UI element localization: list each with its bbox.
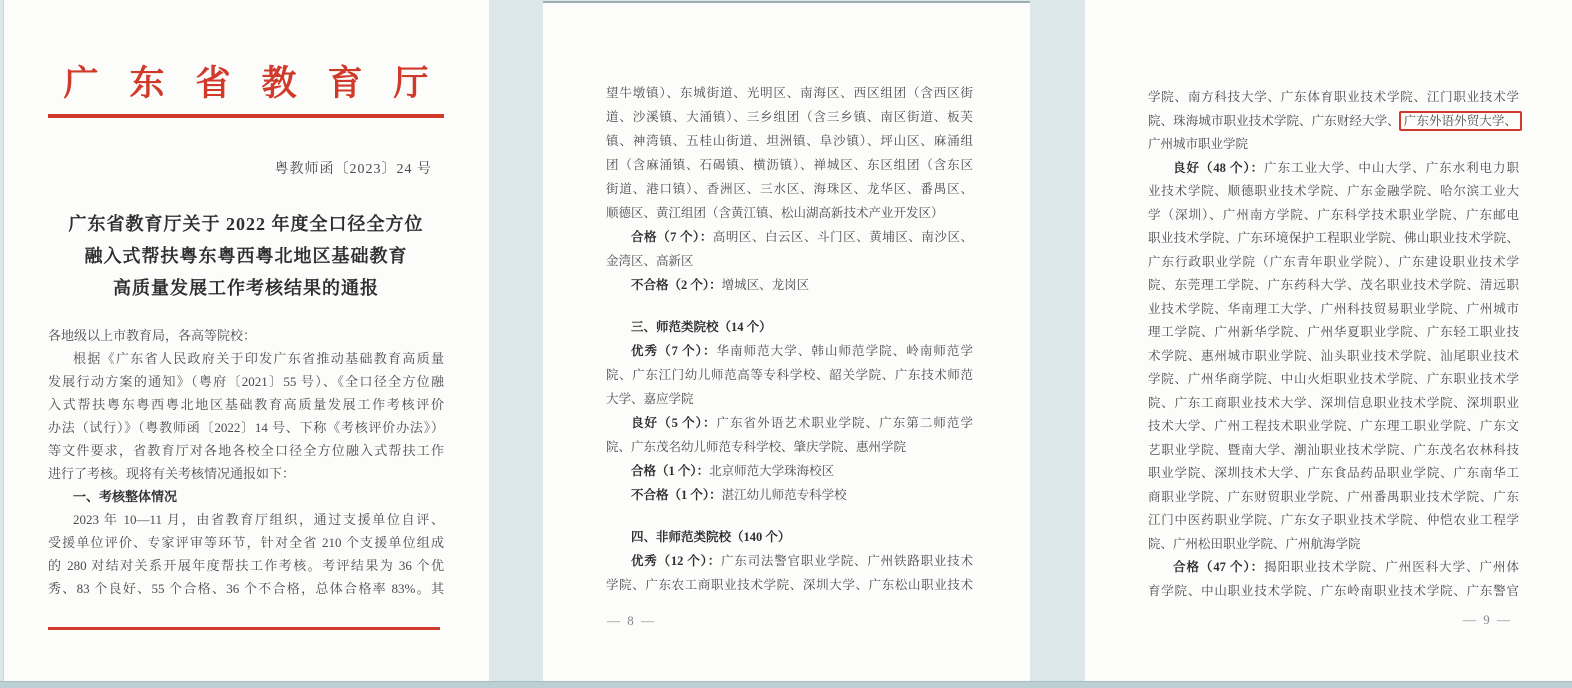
grade-label: 合格（7 个）： (631, 230, 713, 244)
grade-label: 不合格（1 个）： (631, 488, 722, 502)
text-line: 良好（5 个）：广东省外语艺术职业学院、广东第二师范学 (606, 411, 973, 435)
text-line: 学（深圳）、广州南方学院、广东科学技术职业学院、广东邮电 (1148, 204, 1519, 228)
text-line: 的 280 对结对关系开展年度帮扶工作考核。考评结果为 36 个优 (48, 554, 444, 577)
text-line: 望牛墩镇）、东城街道、光明区、南海区、西区组团（含西区街 (606, 81, 973, 105)
page2-body: 望牛墩镇）、东城街道、光明区、南海区、西区组团（含西区街道、沙溪镇、大涌镇）、三… (543, 3, 1030, 597)
text-segment: 术学院、惠州城市职业学院、汕头职业技术学院、汕尾职业技术 (1148, 349, 1519, 363)
text-segment: 根据《广东省人民政府关于印发广东省推动基础教育高质量 (73, 351, 444, 366)
page-2-scan: 望牛墩镇）、东城街道、光明区、南海区、西区组团（含西区街道、沙溪镇、大涌镇）、三… (543, 1, 1030, 683)
text-segment: 街道、港口镇）、香洲区、三水区、海珠区、龙华区、番禺区、 (606, 182, 973, 196)
document-title-line: 融入式帮扶粤东粤西粤北地区基础教育 (48, 240, 444, 272)
text-line: 不合格（1 个）：湛江幼儿师范专科学校 (606, 483, 973, 507)
text-segment: 职业学院、深圳技术大学、广东食品药品职业学院、广东南华工 (1148, 466, 1519, 480)
text-segment: 增城区、龙岗区 (722, 278, 810, 292)
text-line: 良好（48 个）：广东工业大学、中山大学、广东水利电力职 (1148, 157, 1519, 181)
grade-label: 合格（1 个）： (631, 464, 709, 478)
text-line: 不合格（2 个）：增城区、龙岗区 (606, 273, 973, 297)
text-line: 江门中医药职业学院、广东女子职业技术学院、仲恺农业工程学 (1148, 509, 1519, 533)
text-segment: 育学院、中山职业技术学院、广东岭南职业技术学院、广东警官 (1148, 584, 1519, 598)
text-segment: 学（深圳）、广州南方学院、广东科学技术职业学院、广东邮电 (1148, 208, 1519, 222)
text-segment: 望牛墩镇）、东城街道、光明区、南海区、西区组团（含西区街 (606, 86, 973, 100)
text-line: 金湾区、高新区 (606, 249, 973, 273)
section-heading: 一、考核整体情况 (48, 485, 444, 508)
text-segment: 江门中医药职业学院、广东女子职业技术学院、仲恺农业工程学 (1148, 513, 1519, 527)
section-heading: 三、师范类院校（14 个） (606, 315, 973, 339)
text-segment: 各地级以上市教育局，各高等院校： (48, 328, 256, 343)
document-title-line: 高质量发展工作考核结果的通报 (48, 272, 444, 304)
grade-label: 优秀（12 个）： (631, 554, 721, 568)
text-line: 职业学院、深圳技术大学、广东食品药品职业学院、广东南华工 (1148, 462, 1519, 486)
text-line: 优秀（7 个）：华南师范大学、韩山师范学院、岭南师范学 (606, 339, 973, 363)
text-segment: 团（含麻涌镇、石碣镇、横沥镇）、禅城区、东区组团（含东区 (606, 158, 973, 172)
text-segment: 院、东莞理工学院、广东药科大学、茂名职业技术学院、清远职 (1148, 278, 1519, 292)
text-line: 艺职业学院、暨南大学、潮汕职业技术学院、广东茂名农林科技 (1148, 439, 1519, 463)
text-segment: 四、非师范类院校（140 个） (631, 530, 790, 544)
document-scan-viewer: { "colors": { "accent_red": "#d03a2b", "… (0, 0, 1572, 688)
text-segment: 广东省外语艺术职业学院、广东第二师范学 (717, 416, 973, 430)
text-segment: 入式帮扶粤东粤西粤北地区基础教育高质量发展工作考核评价 (48, 397, 444, 412)
letterhead-rule (48, 114, 444, 118)
text-segment: 学院、广州华商学院、中山火炬职业技术学院、广东职业技术学 (1148, 372, 1519, 386)
text-segment: 理工学院、广州新华学院、广州华夏职业学院、广东轻工职业技 (1148, 325, 1519, 339)
text-segment: 院、广东江门幼儿师范高等专科学校、韶关学院、广东技术师范 (606, 368, 973, 382)
document-title: 广东省教育厅关于 2022 年度全口径全方位 融入式帮扶粤东粤西粤北地区基础教育… (48, 208, 444, 304)
agency-letterhead: 广东省教育厅 (48, 62, 475, 106)
text-segment: 顺德区、黄江组团（含黄江镇、松山湖高新技术产业开发区） (606, 206, 944, 220)
text-segment: 道、沙溪镇、大涌镇）、三乡组团（含三乡镇、南区街道、板芙 (606, 110, 973, 124)
text-segment: 业技术学院、华南理工大学、广州科技贸易职业学院、广州城市 (1148, 302, 1519, 316)
text-line: 学院、广东农工商职业技术学院、深圳大学、广东松山职业技术 (606, 573, 973, 597)
text-line: 受援单位评价、专家评审等环节，针对全省 210 个支援单位组成 (48, 531, 444, 554)
page-3-scan: 学院、南方科技大学、广东体育职业技术学院、江门职业技术学院、珠海城市职业技术学院… (1085, 0, 1572, 681)
text-segment: 等文件要求，省教育厅对各地各校全口径全方位融入式帮扶工作 (48, 443, 444, 458)
text-segment: 学院、广东农工商职业技术学院、深圳大学、广东松山职业技术 (606, 578, 973, 592)
text-segment: 2023 年 10—11 月，由省教育厅组织，通过支援单位自评、 (73, 512, 444, 527)
text-line: 发展行动方案的通知》（粤府〔2021〕55 号）、《全口径全方位融 (48, 370, 444, 393)
grade-label: 良好（48 个）： (1173, 161, 1264, 175)
text-line: 院、广东茂名幼儿师范专科学校、肇庆学院、惠州学院 (606, 435, 973, 459)
text-segment: 院、广东茂名幼儿师范专科学校、肇庆学院、惠州学院 (606, 440, 906, 454)
text-line: 团（含麻涌镇、石碣镇、横沥镇）、禅城区、东区组团（含东区 (606, 153, 973, 177)
page-1-scan: 广东省教育厅 粤教师函〔2023〕24 号 广东省教育厅关于 2022 年度全口… (3, 0, 489, 681)
text-line: 各地级以上市教育局，各高等院校： (48, 324, 444, 347)
footer-rule (48, 627, 440, 630)
text-line: 商职业学院、广东财贸职业学院、广州番禺职业技术学院、广东 (1148, 486, 1519, 510)
text-line: 理工学院、广州新华学院、广州华夏职业学院、广东轻工职业技 (1148, 321, 1519, 345)
grade-label: 合格（47 个）： (1173, 560, 1264, 574)
text-line: 学院、南方科技大学、广东体育职业技术学院、江门职业技术学 (1148, 86, 1519, 110)
text-segment: 发展行动方案的通知》（粤府〔2021〕55 号）、《全口径全方位融 (48, 374, 444, 389)
text-segment: 艺职业学院、暨南大学、潮汕职业技术学院、广东茂名农林科技 (1148, 443, 1519, 457)
text-line: 进行了考核。现将有关考核情况通报如下： (48, 462, 444, 485)
text-line: 合格（7 个）：高明区、白云区、斗门区、黄埔区、南沙区、 (606, 225, 973, 249)
text-line: 等文件要求，省教育厅对各地各校全口径全方位融入式帮扶工作 (48, 439, 444, 462)
text-segment: 秀、83 个良好、55 个合格、36 个不合格，总体合格率 83%。其 (48, 581, 444, 596)
text-line: 术学院、惠州城市职业学院、汕头职业技术学院、汕尾职业技术 (1148, 345, 1519, 369)
page-number-8: — 8 — (607, 613, 656, 629)
text-segment: 学院、南方科技大学、广东体育职业技术学院、江门职业技术学 (1148, 90, 1519, 104)
text-segment: 华南师范大学、韩山师范学院、岭南师范学 (717, 344, 973, 358)
text-segment: 院、珠海城市职业技术学院、广东财经大学、 (1148, 114, 1400, 128)
text-segment: 技术大学、广州工程技术职业学院、广东理工职业学院、广东文 (1148, 419, 1519, 433)
text-segment: 广东行政职业学院（广东青年职业学院）、广东建设职业技术学 (1148, 255, 1519, 269)
text-segment: 三、师范类院校（14 个） (631, 320, 772, 334)
red-highlight-box: 广东外语外贸大学、 (1399, 111, 1522, 131)
text-segment: 揭阳职业技术学院、广州医科大学、广州体 (1264, 560, 1519, 574)
text-segment: 院、广州松田职业学院、广州航海学院 (1148, 537, 1361, 551)
text-line: 镇、神湾镇、五桂山街道、坦洲镇、阜沙镇）、坪山区、麻涌组 (606, 129, 973, 153)
text-line: 学院、广州华商学院、中山火炬职业技术学院、广东职业技术学 (1148, 368, 1519, 392)
text-line: 院、珠海城市职业技术学院、广东财经大学、广东外语外贸大学、 (1148, 110, 1519, 134)
text-line: 技术大学、广州工程技术职业学院、广东理工职业学院、广东文 (1148, 415, 1519, 439)
text-line: 入式帮扶粤东粤西粤北地区基础教育高质量发展工作考核评价 (48, 393, 444, 416)
text-segment: 一、考核整体情况 (73, 489, 177, 504)
text-segment: 广东司法警官职业学院、广州铁路职业技术 (721, 554, 973, 568)
doc-number: 粤教师函〔2023〕24 号 (48, 158, 444, 178)
text-line: 优秀（12 个）：广东司法警官职业学院、广州铁路职业技术 (606, 549, 973, 573)
text-segment: 金湾区、高新区 (606, 254, 694, 268)
document-title-line: 广东省教育厅关于 2022 年度全口径全方位 (48, 208, 444, 240)
text-segment: 广东工业大学、中山大学、广东水利电力职 (1264, 161, 1519, 175)
text-line: 业技术学院、顺德职业技术学院、广东金融学院、哈尔滨工业大 (1148, 180, 1519, 204)
text-line: 2023 年 10—11 月，由省教育厅组织，通过支援单位自评、 (48, 508, 444, 531)
text-line: 街道、港口镇）、香洲区、三水区、海珠区、龙华区、番禺区、 (606, 177, 973, 201)
text-line: 合格（1 个）：北京师范大学珠海校区 (606, 459, 973, 483)
desk-background-strip (0, 681, 1572, 688)
text-segment: 北京师范大学珠海校区 (709, 464, 834, 478)
text-line: 秀、83 个良好、55 个合格、36 个不合格，总体合格率 83%。其 (48, 577, 444, 600)
page-number-9: — 9 — (1463, 612, 1512, 628)
text-line: 根据《广东省人民政府关于印发广东省推动基础教育高质量 (48, 347, 444, 370)
text-segment: 湛江幼儿师范专科学校 (722, 488, 847, 502)
text-segment: 业技术学院、顺德职业技术学院、广东金融学院、哈尔滨工业大 (1148, 184, 1519, 198)
text-line: 职业技术学院、广东环境保护工程职业学院、佛山职业技术学院、 (1148, 227, 1519, 251)
text-line: 育学院、中山职业技术学院、广东岭南职业技术学院、广东警官 (1148, 580, 1519, 604)
text-line: 广州城市职业学院 (1148, 133, 1519, 157)
text-segment: 职业技术学院、广东环境保护工程职业学院、佛山职业技术学院、 (1148, 231, 1519, 245)
text-segment: 办法（试行）》（粤教师函〔2022〕14 号、下称《考核评价办法》） (48, 420, 444, 435)
text-segment: 进行了考核。现将有关考核情况通报如下： (48, 466, 295, 481)
text-line: 业技术学院、华南理工大学、广州科技贸易职业学院、广州城市 (1148, 298, 1519, 322)
text-segment: 广州城市职业学院 (1148, 137, 1248, 151)
page1-content: 广东省教育厅 粤教师函〔2023〕24 号 广东省教育厅关于 2022 年度全口… (4, 0, 489, 600)
grade-label: 不合格（2 个）： (631, 278, 722, 292)
text-line: 院、广东工商职业技术大学、深圳信息职业技术学院、深圳职业 (1148, 392, 1519, 416)
text-line: 院、广州松田职业学院、广州航海学院 (1148, 533, 1519, 557)
text-segment: 高明区、白云区、斗门区、黄埔区、南沙区、 (713, 230, 973, 244)
text-segment: 院、广东工商职业技术大学、深圳信息职业技术学院、深圳职业 (1148, 396, 1519, 410)
text-segment: 商职业学院、广东财贸职业学院、广州番禺职业技术学院、广东 (1148, 490, 1519, 504)
page3-body: 学院、南方科技大学、广东体育职业技术学院、江门职业技术学院、珠海城市职业技术学院… (1085, 0, 1572, 603)
text-line: 顺德区、黄江组团（含黄江镇、松山湖高新技术产业开发区） (606, 201, 973, 225)
text-line: 院、广东江门幼儿师范高等专科学校、韶关学院、广东技术师范 (606, 363, 973, 387)
text-line: 合格（47 个）：揭阳职业技术学院、广州医科大学、广州体 (1148, 556, 1519, 580)
grade-label: 良好（5 个）： (631, 416, 717, 430)
text-line: 办法（试行）》（粤教师函〔2022〕14 号、下称《考核评价办法》） (48, 416, 444, 439)
text-segment: 镇、神湾镇、五桂山街道、坦洲镇、阜沙镇）、坪山区、麻涌组 (606, 134, 973, 148)
text-segment: 大学、嘉应学院 (606, 392, 694, 406)
text-segment: 的 280 对结对关系开展年度帮扶工作考核。考评结果为 36 个优 (48, 558, 444, 573)
text-line: 道、沙溪镇、大涌镇）、三乡组团（含三乡镇、南区街道、板芙 (606, 105, 973, 129)
text-line: 大学、嘉应学院 (606, 387, 973, 411)
grade-label: 优秀（7 个）： (631, 344, 717, 358)
text-segment: 受援单位评价、专家评审等环节，针对全省 210 个支援单位组成 (48, 535, 444, 550)
page1-body: 各地级以上市教育局，各高等院校：根据《广东省人民政府关于印发广东省推动基础教育高… (48, 324, 444, 600)
text-line: 广东行政职业学院（广东青年职业学院）、广东建设职业技术学 (1148, 251, 1519, 275)
text-line: 院、东莞理工学院、广东药科大学、茂名职业技术学院、清远职 (1148, 274, 1519, 298)
section-heading: 四、非师范类院校（140 个） (606, 525, 973, 549)
